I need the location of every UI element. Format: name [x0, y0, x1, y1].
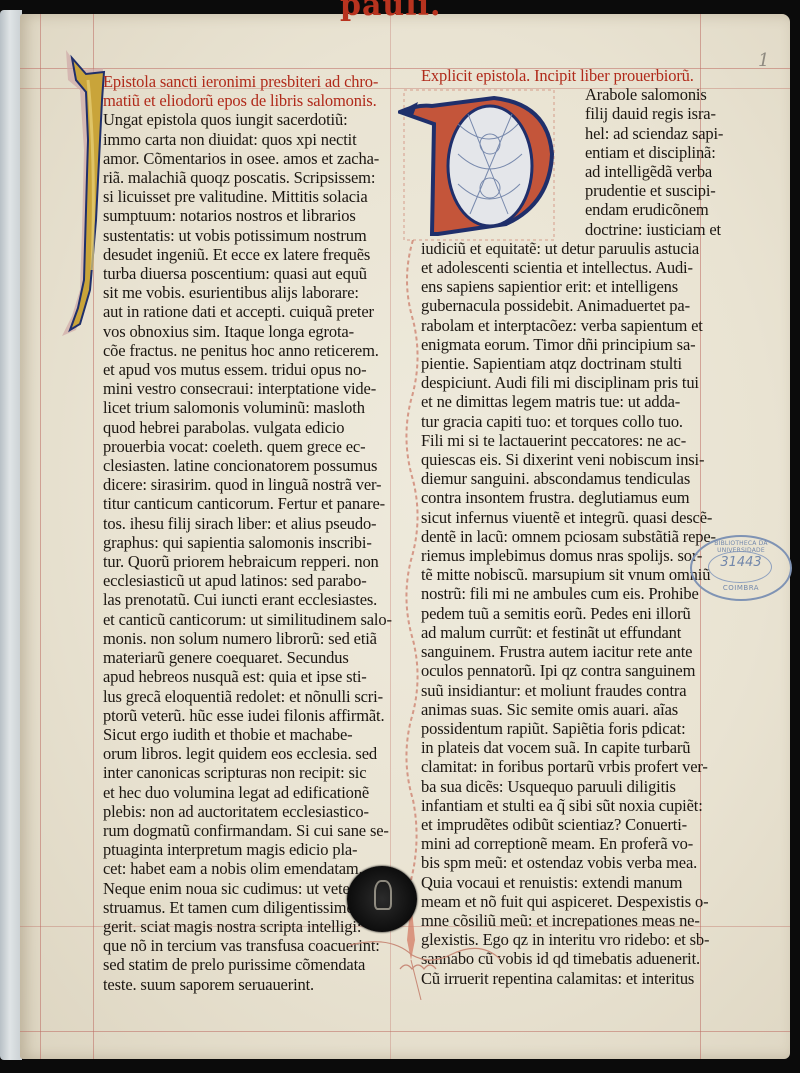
ruling-line	[40, 14, 41, 1059]
text-line: contra insontem frustra. deglutiamus eum	[421, 488, 699, 507]
text-line: ens sapiens sapientior erit: et intellig…	[421, 277, 699, 296]
text-line: infantiam et stulti ea q̃ sibi sũt noxia…	[421, 796, 699, 815]
text-line: endam erudicõnem	[421, 200, 699, 219]
text-line: sit me vobis. esurientibus alijs laborar…	[103, 283, 383, 302]
text-line: Sicut ergo iudith et thobie et machabe-	[103, 725, 383, 744]
book-edge	[0, 10, 22, 1060]
text-line: Ungat epistola quos iungit sacerdotiũ:	[103, 110, 383, 129]
text-line: riã. malachiã quoqz poscatis. Scripsisse…	[103, 168, 383, 187]
text-line: entiam et disciplinã:	[421, 143, 699, 162]
text-line: graphus: qui sapientia salomonis inscrib…	[103, 533, 383, 552]
text-line: plebis: non ad auctoritatem ecclesiastic…	[103, 802, 383, 821]
text-line: pientie. Sapientiam atqz doctrinam stult…	[421, 354, 699, 373]
text-line: doctrine: iusticiam et	[421, 220, 699, 239]
text-line: et adolescenti scientia et intellectus. …	[421, 258, 699, 277]
text-line: oculos pennatorũ. Ipi qz contra sanguine…	[421, 661, 699, 680]
text-line: Quia vocaui et renuistis: extendi manum	[421, 873, 699, 892]
text-line: materiarũ genere coequaret. Secundus	[103, 648, 383, 667]
text-line: et apud vos mutus essem. tridui opus no-	[103, 360, 383, 379]
text-line: ba sua dicẽs: Usquequo paruuli diligitis	[421, 777, 699, 796]
library-stamp: BIBLIOTHECA DA UNIVERSIDADE 31443 COIMBR…	[690, 535, 792, 601]
ownership-seal	[347, 866, 417, 932]
text-line: titur canticum canticorum. Fertur et pan…	[103, 494, 383, 513]
heading-line: Explicit epistola. Incipit liber prouerb…	[421, 66, 699, 85]
text-line: quod hebrei parabolas. vulgata edicio	[103, 418, 383, 437]
text-line: sanguinem. Frustra autem iacitur rete an…	[421, 642, 699, 661]
text-line: sumptuum: notarios nostros et librarios	[103, 206, 383, 225]
text-line: mne cõsiliũ meũ: et increpationes meas n…	[421, 911, 699, 930]
text-line: iudiciũ et equitatẽ: ut detur paruulis a…	[421, 239, 699, 258]
text-line: pedem tuũ a semitis eorũ. Pedes eni illo…	[421, 604, 699, 623]
text-line: dentẽ in lacũ: omnem pciosam substãtiã r…	[421, 527, 699, 546]
text-line: apud hebreos nusquã est: quia et ipse st…	[103, 667, 383, 686]
text-line: suũ insidiantur: et moliunt fraudes cont…	[421, 681, 699, 700]
text-line: clamitat: in foribus portarũ vrbis profe…	[421, 757, 699, 776]
text-line: gubernacula possidebit. Animaduertet pa-	[421, 296, 699, 315]
heading-line: matiũ et eliodorũ epos de libris salomon…	[103, 91, 383, 110]
text-line: tẽ mitte nobiscũ. marsupium sit vnum omn…	[421, 565, 699, 584]
text-line: rabolam et interptacõez: verba sapientum…	[421, 316, 699, 335]
text-line: tur gracia capiti tuo: et torques collo …	[421, 412, 699, 431]
text-line: ad intelligẽdã verba	[421, 162, 699, 181]
text-line: prouerbia vocat: coeleth. quem grece ec-	[103, 437, 383, 456]
text-line: despiciunt. Audi fili mi disciplinam pri…	[421, 373, 699, 392]
text-line: quiescas eis. Si dixerint veni nobiscum …	[421, 450, 699, 469]
text-line: que nõ in tercium vas transfusa coacueri…	[103, 936, 383, 955]
text-line: cõe fractus. ne penitus hoc anno reticer…	[103, 341, 383, 360]
folio-number: 1	[758, 50, 769, 71]
text-line: tur. Quorũ priorem hebraicum repperi. no…	[103, 552, 383, 571]
stamp-number: 31443	[692, 555, 790, 570]
text-line: vos obnoxius sim. Itaque longa egrota-	[103, 322, 383, 341]
text-line: cet: habet eam a nobis olim emendatam.	[103, 859, 383, 878]
text-line: struamus. Et tamen cum diligentissime le…	[103, 898, 383, 917]
text-line: immo carta non diuidat: quos xpi nectit	[103, 130, 383, 149]
left-column: Epistola sancti ieronimi presbiteri ad c…	[103, 72, 383, 994]
text-line: desudet ingeniũ. Et ecce ex latere frequ…	[103, 245, 383, 264]
text-line: mini vestro consecraui: interptatione vi…	[103, 379, 383, 398]
text-line: possidentum rapiũt. Sapiẽtia foris pdica…	[421, 719, 699, 738]
text-line: et ne dimittas legem matris tue: ut adda…	[421, 392, 699, 411]
text-line: prudentie et suscipi-	[421, 181, 699, 200]
text-line: meam et nõ fuit qui aspiceret. Despexist…	[421, 892, 699, 911]
text-line: ad malum currũt: et festinãt ut effundan…	[421, 623, 699, 642]
text-line: clesiasten. latine concionatorem possumu…	[103, 456, 383, 475]
right-column: Explicit epistola. Incipit liber prouerb…	[421, 66, 699, 988]
running-head: pauli.	[340, 0, 441, 20]
text-line: bis spm meũ: et ostendaz vobis verba mea…	[421, 853, 699, 872]
text-line: sicut infernus viuentẽ et integrũ. quasi…	[421, 508, 699, 527]
heading-line: Epistola sancti ieronimi presbiteri ad c…	[103, 72, 383, 91]
text-line: licet trium salomonis voluminũ: masloth	[103, 398, 383, 417]
ruling-line	[20, 1031, 790, 1032]
text-line: gerit. sciat magis nostra scripta intell…	[103, 917, 383, 936]
text-line: et imprudẽtes odibũt scientiaz? Conuerti…	[421, 815, 699, 834]
text-line: ecclesiasticũ ut apud latinos: sed parab…	[103, 571, 383, 590]
text-line: sed statim de prelo purissime cõmendata	[103, 955, 383, 974]
text-line: in plateis dat vocem suã. In capite turb…	[421, 738, 699, 757]
text-line: lus grecã eloquentiã redolet: et nõnulli…	[103, 687, 383, 706]
text-line: Neque enim noua sic cudimus: ut vetera d…	[103, 879, 383, 898]
text-line: rum dogmatũ confirmandam. Si cui sane se…	[103, 821, 383, 840]
text-line: nostrũ: fili mi ne ambules cum eis. Proh…	[421, 584, 699, 603]
text-line: enigmata eorum. Timor dñi principium sa-	[421, 335, 699, 354]
stamp-bottom-text: COIMBRA	[692, 584, 790, 592]
text-line: ptuaginta interpretum magis edicio pla-	[103, 840, 383, 859]
text-line: aut in ratione dati et accepti. cuiquã p…	[103, 302, 383, 321]
illuminated-initial-i-icon	[58, 40, 108, 340]
text-line: orum libros. legit quidem eos ecclesia. …	[103, 744, 383, 763]
text-line: ptorũ veterũ. hũc esse iudei filonis aff…	[103, 706, 383, 725]
text-line: riemus implebimus domus nras spolijs. so…	[421, 546, 699, 565]
text-line: et hec duo volumina legat ad edification…	[103, 783, 383, 802]
text-line: Arabole salomonis	[421, 85, 699, 104]
text-line: filij dauid regis isra-	[421, 104, 699, 123]
pen-flourish-icon	[350, 935, 510, 985]
text-line: monis. non solum numero librorũ: sed eti…	[103, 629, 383, 648]
text-line: si licuisset pre valitudine. Mittitis so…	[103, 187, 383, 206]
text-line: teste. suum saporem seruauerint.	[103, 975, 383, 994]
text-line: amor. Cõmentarios in osee. amos et zacha…	[103, 149, 383, 168]
text-line: Fili mi si te lactauerint peccatores: ne…	[421, 431, 699, 450]
text-line: tos. ihesu filij sirach liber: et alius …	[103, 514, 383, 533]
text-line: mini ad correptionẽ meam. En proferã vo-	[421, 834, 699, 853]
text-line: hel: ad sciendaz sapi-	[421, 124, 699, 143]
text-line: turba diuersa poscentium: quasi aut equũ	[103, 264, 383, 283]
text-line: diemur sanguini. abscondamus tendiculas	[421, 469, 699, 488]
text-line: sustentatis: ut vobis potissimum nostrum	[103, 226, 383, 245]
text-line: dicere: sirasirim. quod in linguã nostrã…	[103, 475, 383, 494]
text-line: las prenotatũ. Cui iuncti erant ecclesia…	[103, 590, 383, 609]
text-line: animas suas. Sic semite omis auari. aĩas	[421, 700, 699, 719]
text-line: inter canonicas scripturas non recipit: …	[103, 763, 383, 782]
text-line: et canticũ canticorum: ut similitudinem …	[103, 610, 383, 629]
stamp-top-text: BIBLIOTHECA DA UNIVERSIDADE	[692, 540, 790, 554]
